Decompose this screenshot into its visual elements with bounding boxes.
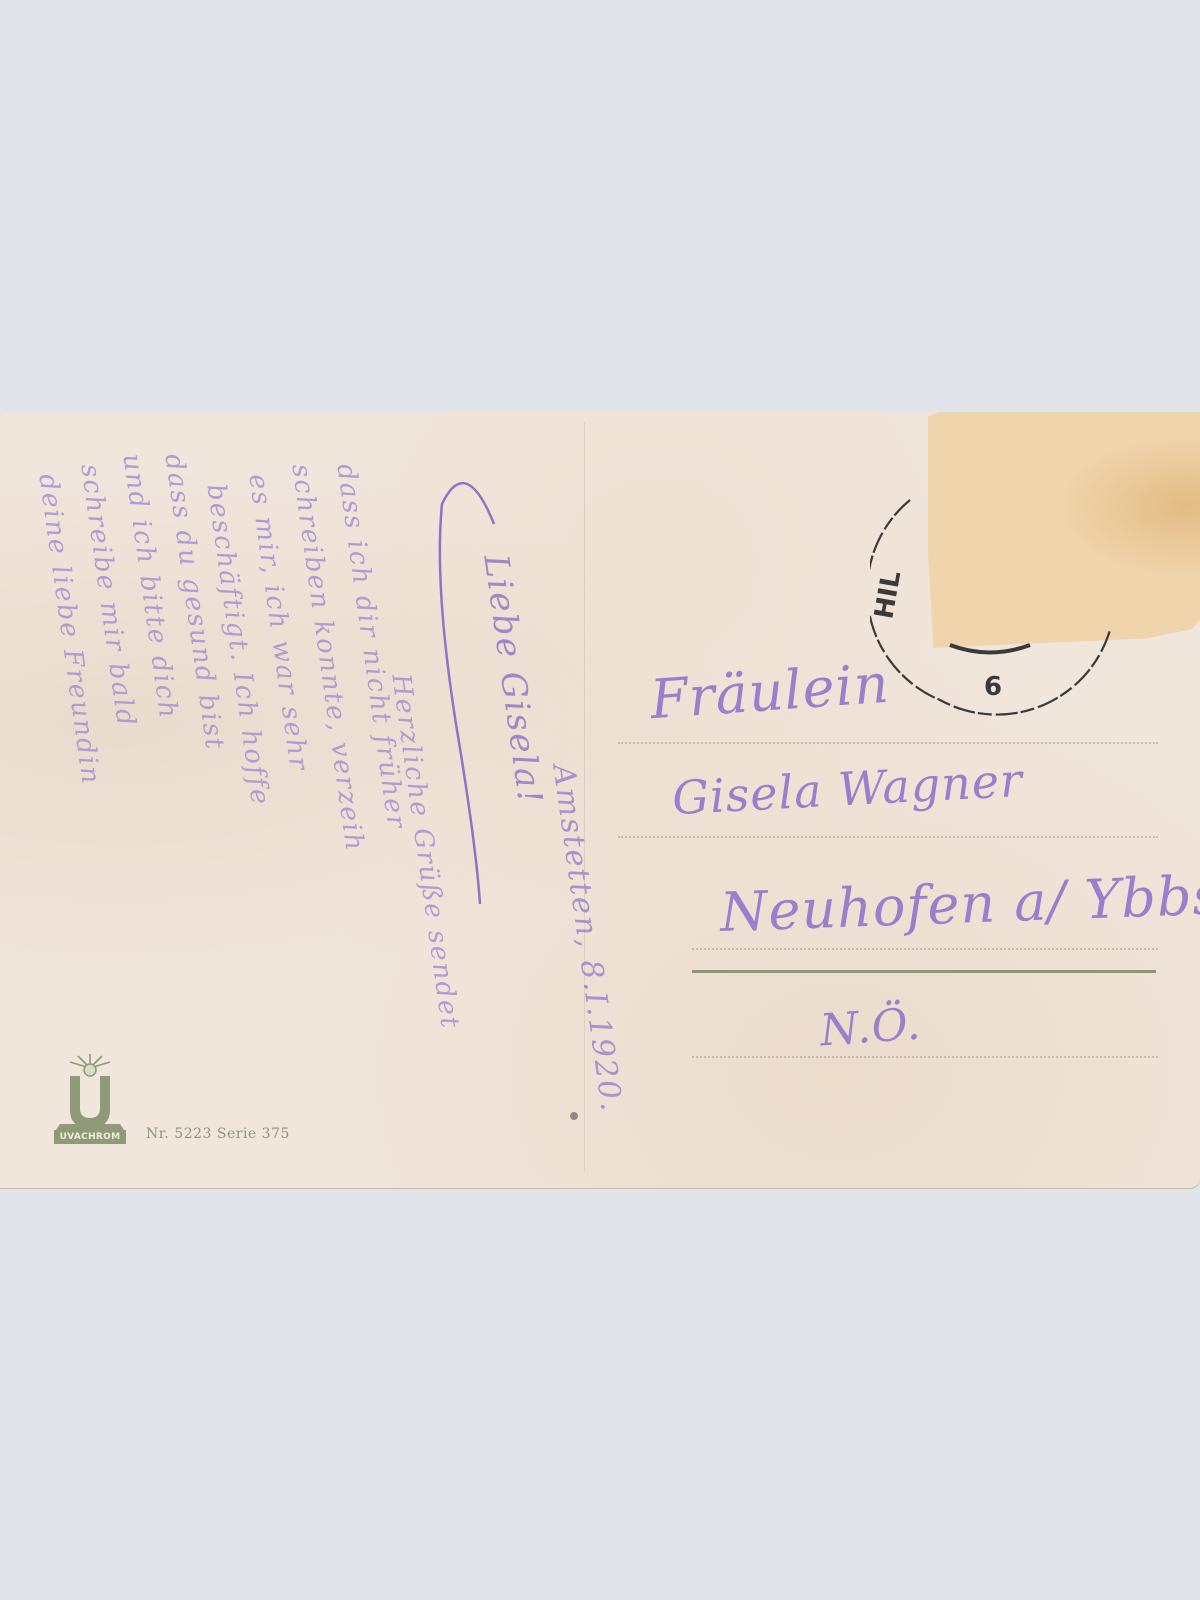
dateline: Amstetten, 8.I.1920.	[545, 762, 629, 1115]
recipient-town: Neuhofen a/ Ybbs.	[719, 863, 1200, 944]
greeting: Liebe Gisela!	[475, 552, 550, 808]
recipient-title: Fräulein	[648, 652, 891, 732]
series-number: Nr. 5223 Serie 375	[146, 1126, 290, 1142]
address-line-2	[618, 836, 1158, 838]
publisher-logo-text: UVACHROM	[54, 1130, 126, 1144]
postmark-number: 9	[984, 669, 1002, 699]
publisher-imprint: UVACHROM Nr. 5223 Serie 375	[54, 1052, 290, 1144]
publisher-logo: UVACHROM	[54, 1052, 126, 1144]
postcard-back: HIL 9 Fräulein Gisela Wagner Neuhofen a/…	[0, 412, 1200, 1188]
message-line: Herzliche Grüße sendet	[385, 672, 465, 1031]
recipient-name: Gisela Wagner	[671, 753, 1024, 825]
recipient-region: N.Ö.	[818, 999, 922, 1057]
ink-dot	[570, 1112, 578, 1120]
address-underline	[692, 970, 1156, 973]
postmark-icon: HIL 9	[870, 470, 1120, 720]
address-line-3	[692, 948, 1158, 950]
address-line-4	[692, 1056, 1158, 1058]
postmark-text: HIL	[870, 569, 907, 621]
address-line-1	[618, 742, 1158, 744]
